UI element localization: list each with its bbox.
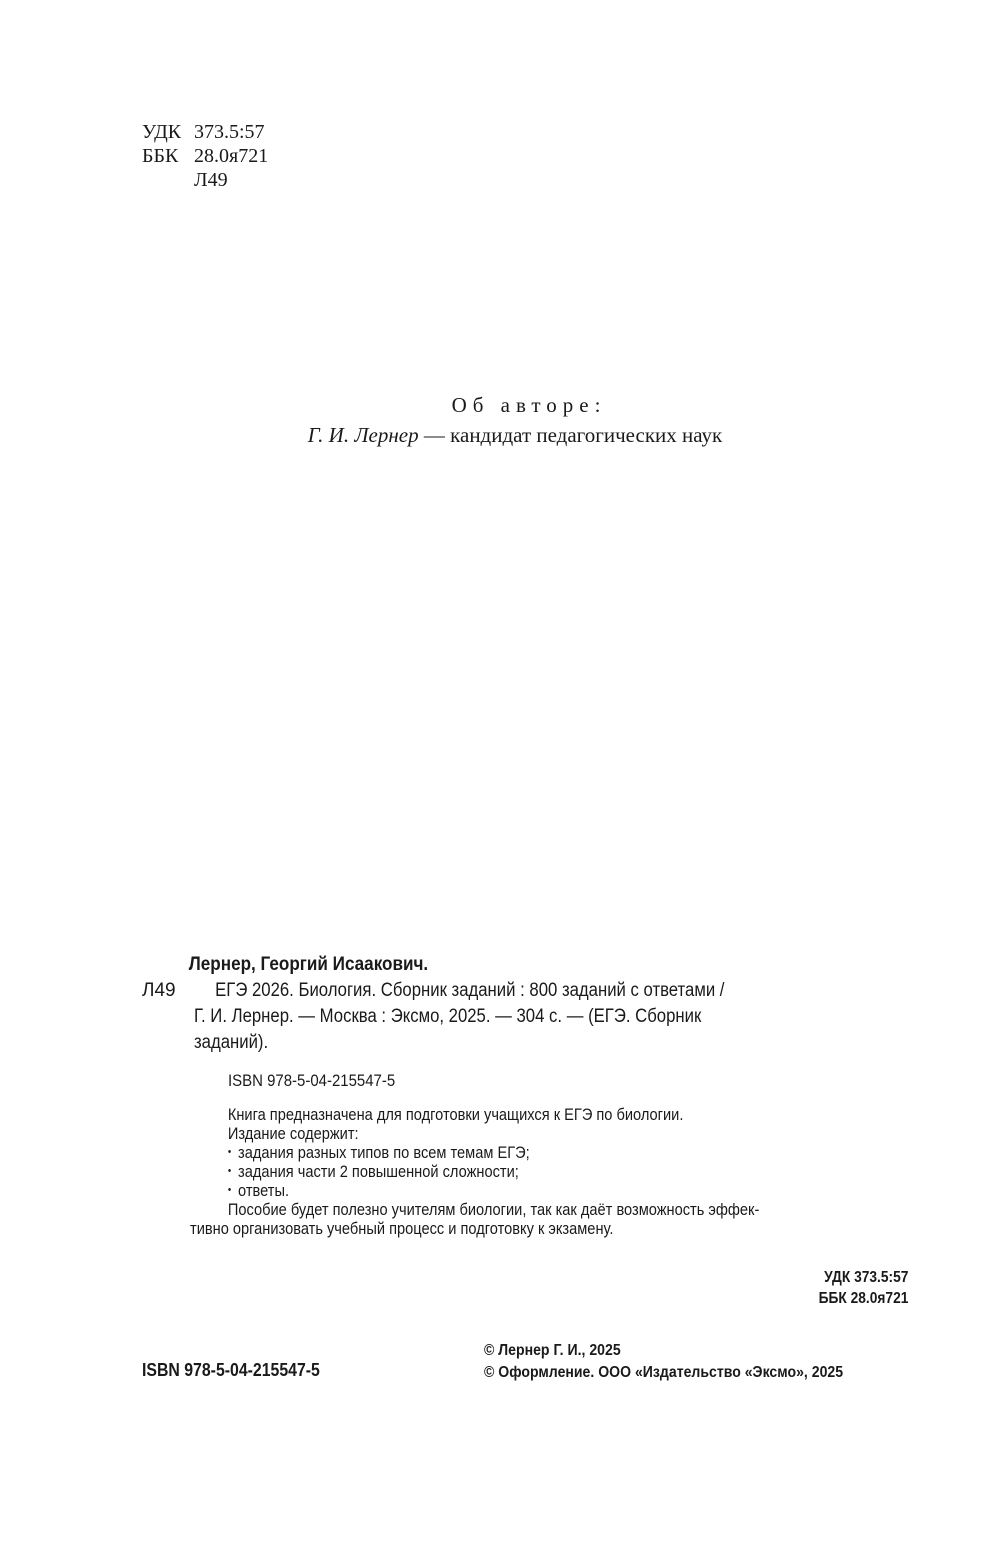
udk-value: 373.5:57 — [194, 120, 265, 144]
author-name: Г. И. Лернер — [308, 423, 419, 447]
bbk-row: ББК 28.0я721 — [142, 144, 268, 168]
card-line-3: заданий). — [194, 1030, 826, 1056]
annotation-intro: Книга предназначена для подготовки учащи… — [190, 1105, 878, 1124]
classification-block: УДК 373.5:57 ББК 28.0я721 Л49 — [142, 120, 268, 192]
author-heading: Лернер, Георгий Исаакович. — [142, 952, 835, 978]
card-line-2: Г. И. Лернер. — Москва : Эксмо, 2025. — … — [194, 1004, 826, 1030]
annotation-bullet: задания части 2 повышенной сложности; — [190, 1162, 878, 1181]
card-isbn: ISBN 978-5-04-215547-5 — [228, 1070, 395, 1092]
annotation-contains: Издание содержит: — [190, 1124, 878, 1143]
card-author-mark: Л49 — [142, 978, 194, 1056]
udk-code: УДК 373.5:57 — [818, 1267, 908, 1288]
bbk-code: ББК 28.0я721 — [818, 1288, 908, 1309]
copyright-author: © Лернер Г. И., 2025 — [484, 1340, 843, 1362]
udk-row: УДК 373.5:57 — [142, 120, 268, 144]
annotation-bullet: ответы. — [190, 1181, 878, 1200]
bibliographic-card: Л49 ЕГЭ 2026. Биология. Сборник заданий … — [142, 978, 912, 1056]
about-author: Об авторе: Г. И. Лернер — кандидат педаг… — [0, 390, 1000, 450]
about-author-heading: Об авторе: — [0, 390, 1000, 420]
bbk-label: ББК — [142, 144, 194, 168]
annotation-para2-line1: Пособие будет полезно учителям биологии,… — [190, 1200, 878, 1219]
annotation: Книга предназначена для подготовки учащи… — [190, 1105, 878, 1238]
footer-isbn: ISBN 978-5-04-215547-5 — [142, 1360, 320, 1381]
author-description: — кандидат педагогических наук — [419, 423, 723, 447]
copyright-block: © Лернер Г. И., 2025 © Оформление. ООО «… — [484, 1340, 843, 1384]
annotation-bullet: задания разных типов по всем темам ЕГЭ; — [190, 1143, 878, 1162]
author-mark: Л49 — [142, 168, 268, 192]
annotation-para2-line2: тивно организовать учебный процесс и под… — [190, 1219, 878, 1238]
copyright-design: © Оформление. ООО «Издательство «Эксмо»,… — [484, 1362, 843, 1384]
bbk-value: 28.0я721 — [194, 144, 268, 168]
classification-codes-right: УДК 373.5:57 ББК 28.0я721 — [818, 1267, 908, 1309]
card-description: ЕГЭ 2026. Биология. Сборник заданий : 80… — [194, 978, 826, 1056]
udk-label: УДК — [142, 120, 194, 144]
bibliographic-record: Лернер, Георгий Исаакович. Л49 ЕГЭ 2026.… — [142, 952, 912, 1056]
about-author-line: Г. И. Лернер — кандидат педагогических н… — [0, 420, 1000, 450]
card-line-1: ЕГЭ 2026. Биология. Сборник заданий : 80… — [194, 978, 826, 1004]
